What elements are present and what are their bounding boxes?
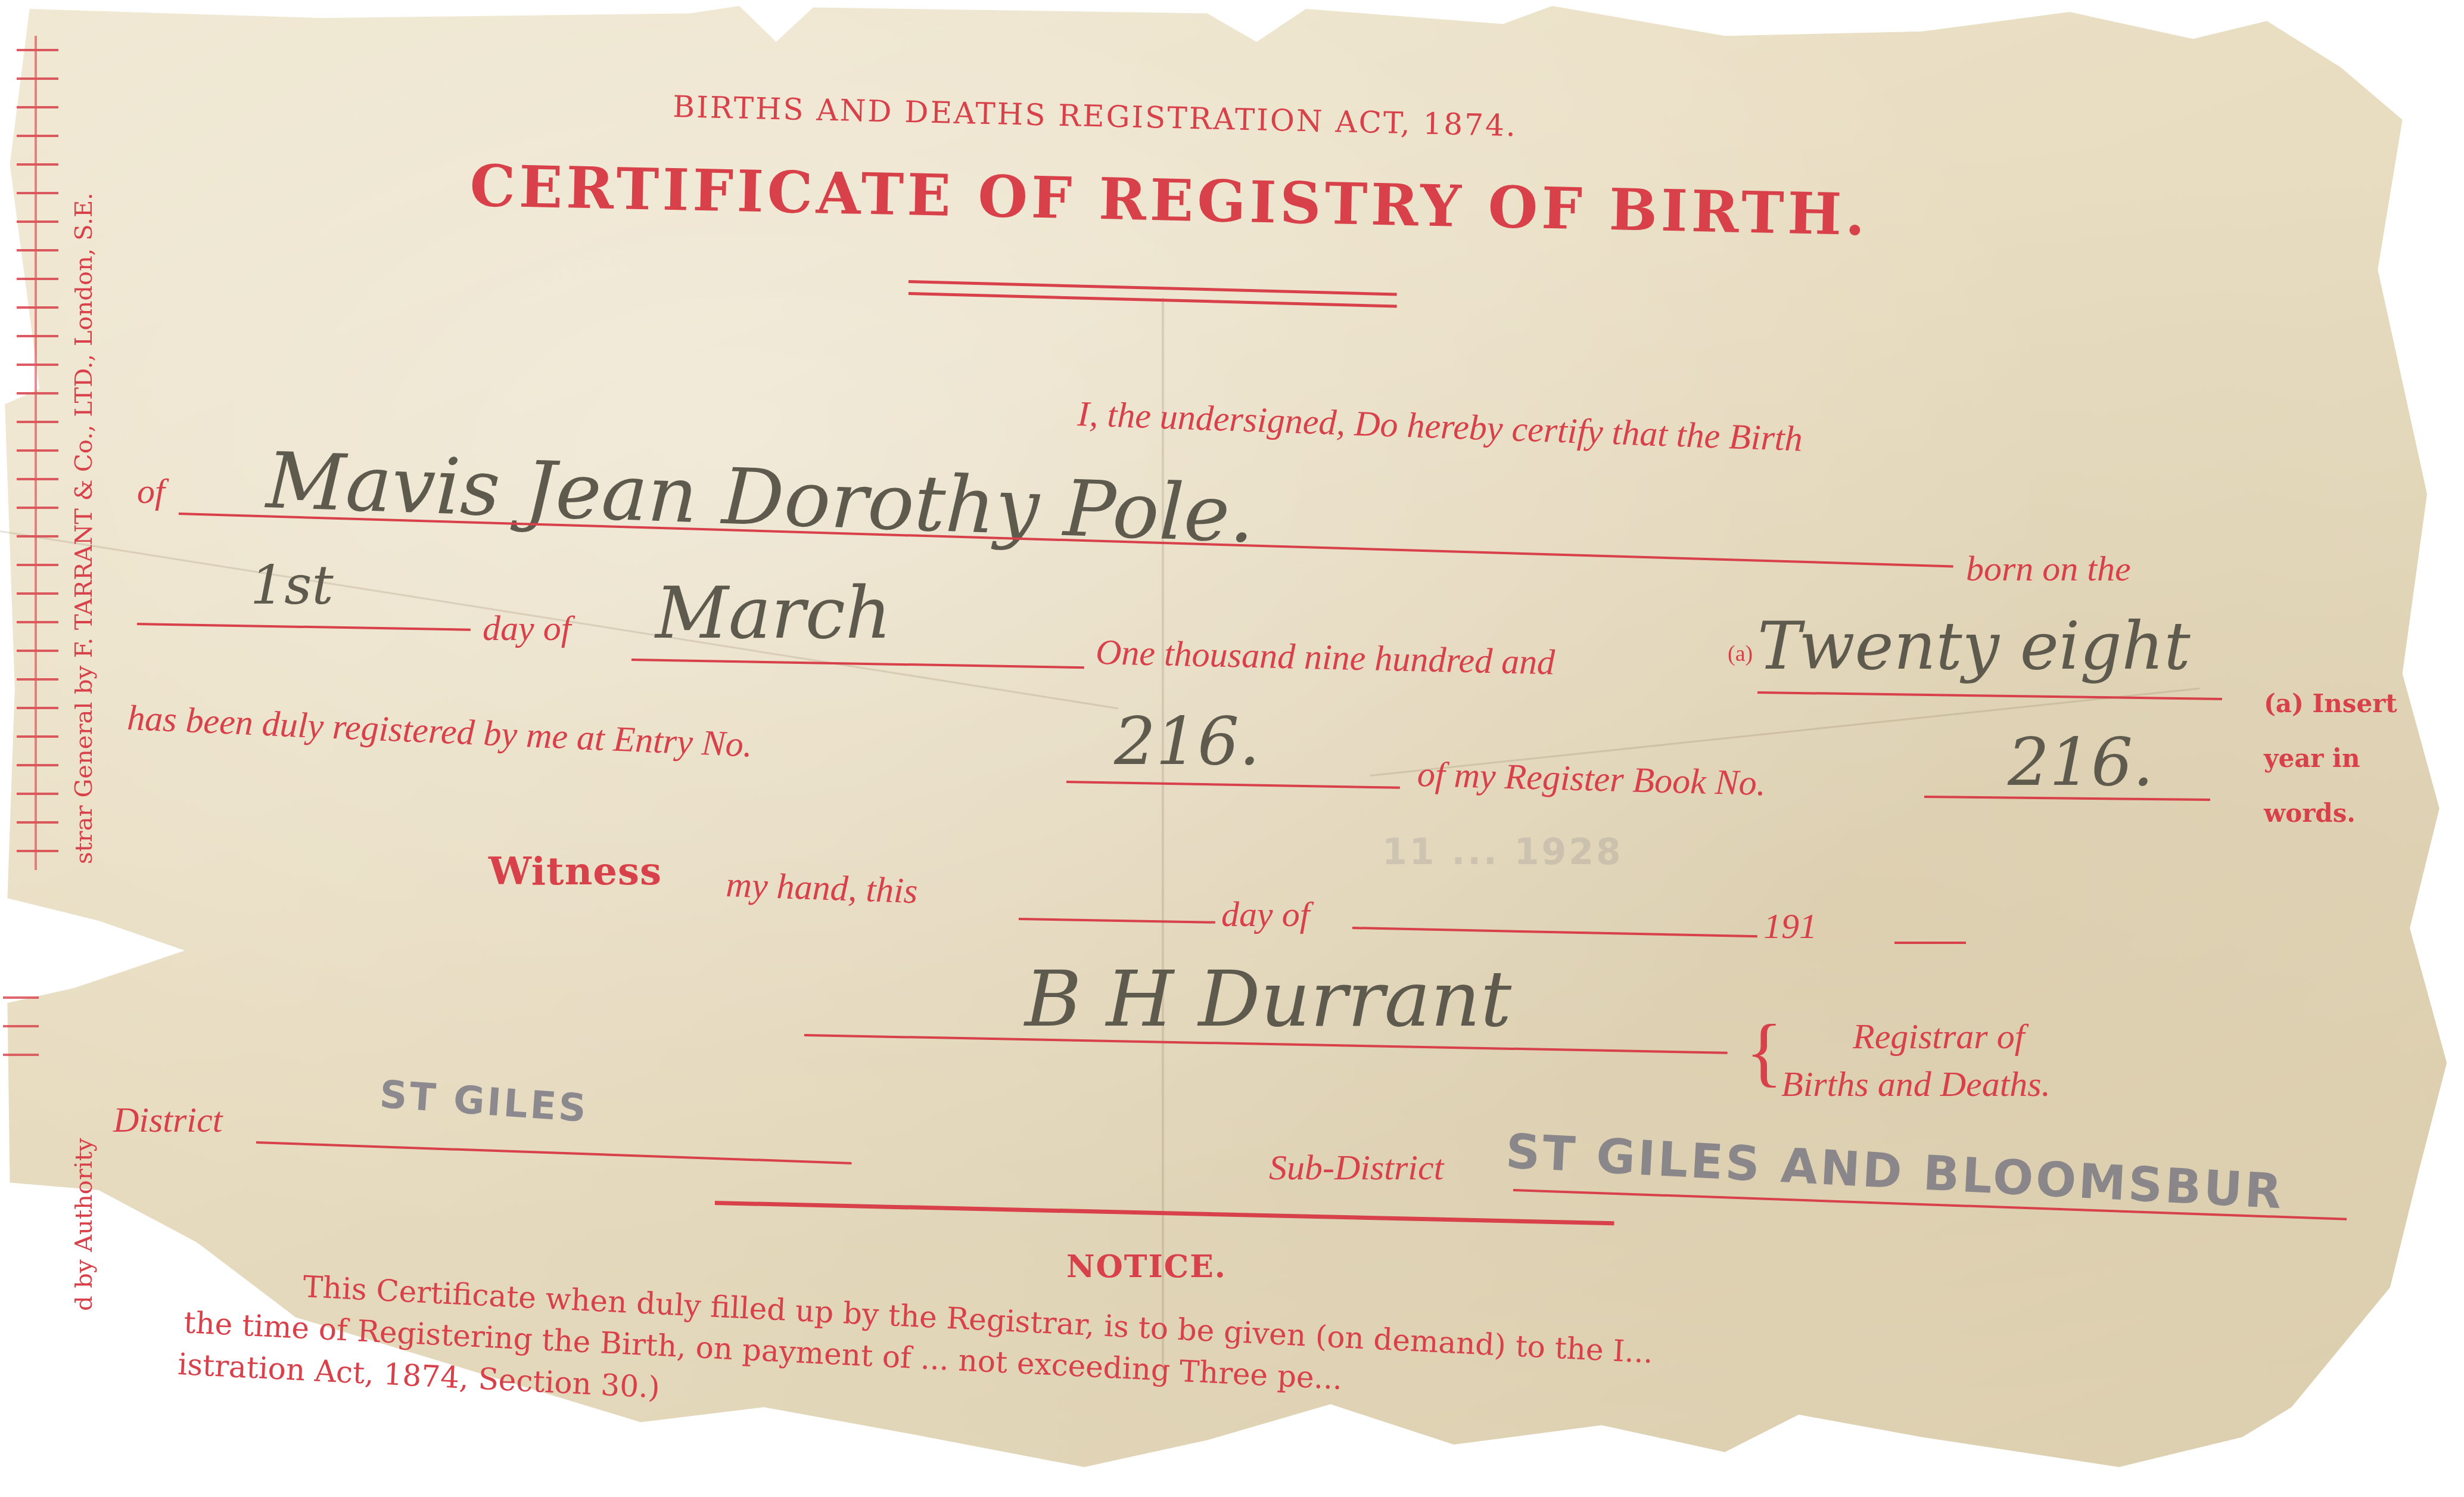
footnote-line: year in xyxy=(2264,731,2397,786)
entry-number: 216. xyxy=(1114,703,1260,779)
notice-heading: NOTICE. xyxy=(1066,1248,1227,1285)
birth-month-value: March xyxy=(655,572,891,655)
paper-crease xyxy=(1162,298,1164,1371)
footnote-marker: (a) xyxy=(1728,641,1753,667)
footnote-line: words. xyxy=(2264,786,2397,841)
born-on-label: born on the xyxy=(1966,548,2131,589)
of-label: of xyxy=(137,471,165,512)
ornamental-border xyxy=(17,36,58,870)
register-book-number: 216. xyxy=(2008,724,2154,800)
witness-label: Witness xyxy=(489,849,662,894)
printer-imprint: strar General by F. TARRANT & Co., LTD.,… xyxy=(70,192,98,864)
registrar-title-line1: Registrar of xyxy=(1853,1016,2024,1057)
witness-year-prefix: 191 xyxy=(1763,906,1817,947)
registrar-title-line2: Births and Deaths. xyxy=(1781,1064,2051,1105)
district-label: District xyxy=(113,1100,222,1141)
brace-glyph: { xyxy=(1746,1013,1782,1091)
date-stamp: 11 ... 1928 xyxy=(1382,831,1623,873)
registrar-signature: B H Durrant xyxy=(1025,954,1511,1044)
footnote-line: (a) Insert xyxy=(2264,676,2397,731)
witness-hand-label: my hand, this xyxy=(726,864,919,912)
day-of-label: day of xyxy=(483,608,571,649)
ornamental-border xyxy=(3,983,39,1079)
birth-year-value: Twenty eight xyxy=(1757,608,2191,684)
authority-imprint: d by Authority xyxy=(70,1138,98,1311)
sub-district-label: Sub-District xyxy=(1269,1147,1443,1188)
birth-day-value: 1st xyxy=(250,554,334,617)
year-footnote: (a) Insert year in words. xyxy=(2264,676,2397,841)
witness-day-of-label: day of xyxy=(1221,894,1309,935)
witness-year-underline xyxy=(1894,942,1966,944)
